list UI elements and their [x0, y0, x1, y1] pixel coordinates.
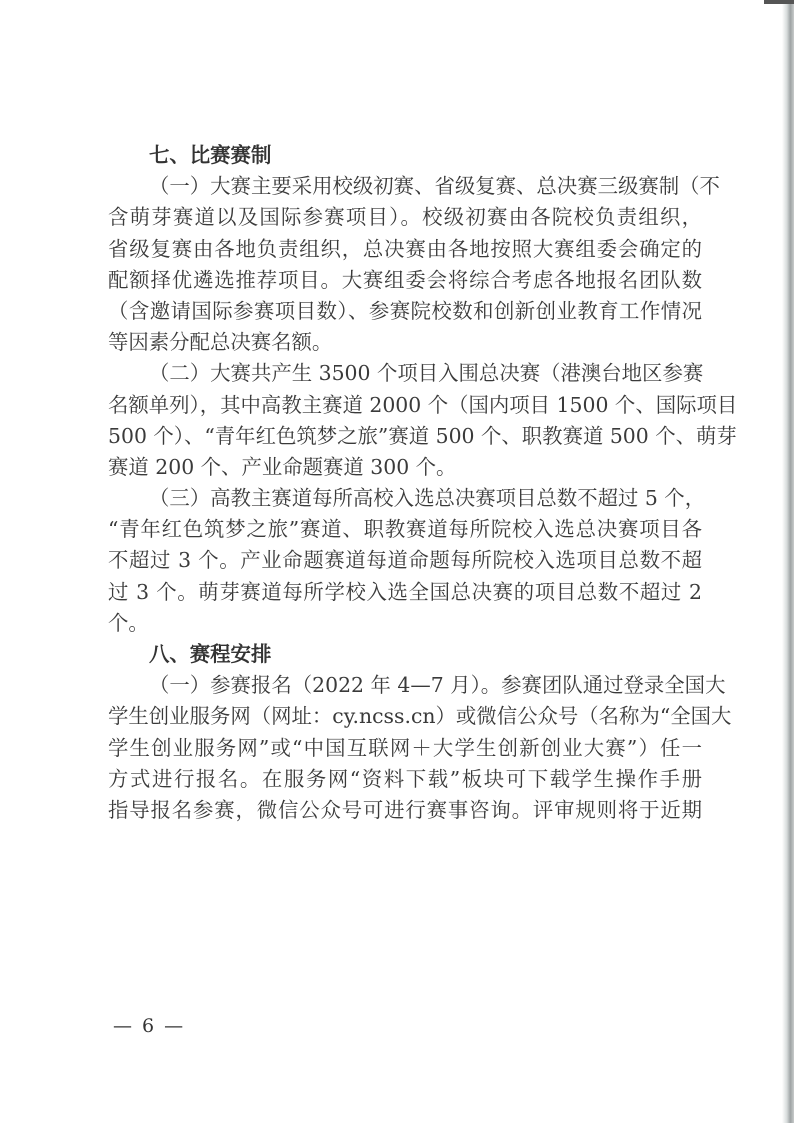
text-line: 指导报名参赛，微信公众号可进行赛事咨询。评审规则将于近期 [108, 795, 702, 826]
scan-page-edge [782, 0, 794, 1123]
scan-page-edge-top [764, 0, 794, 4]
paragraph-format-1: （一）大赛主要采用校级初赛、省级复赛、总决赛三级赛制（不 含萌芽赛道以及国际参赛… [108, 171, 702, 358]
text-line: （三）高教主赛道每所高校入选总决赛项目总数不超过 5 个， [108, 483, 702, 514]
text-line: 省级复赛由各地负责组织，总决赛由各地按照大赛组委会确定的 [108, 234, 702, 265]
text-line: 学生创业服务网”或“中国互联网＋大学生创新创业大赛”）任一 [108, 733, 702, 764]
text-line: 方式进行报名。在服务网“资料下载”板块可下载学生操作手册 [108, 764, 702, 795]
text-line: （二）大赛共产生 3500 个项目入围总决赛（港澳台地区参赛 [108, 358, 702, 389]
section-heading-schedule: 八、赛程安排 [108, 639, 702, 670]
section-heading-competition-format: 七、比赛赛制 [108, 140, 702, 171]
text-line: 含萌芽赛道以及国际参赛项目）。校级初赛由各院校负责组织， [108, 202, 702, 233]
paragraph-format-3: （三）高教主赛道每所高校入选总决赛项目总数不超过 5 个， “青年红色筑梦之旅”… [108, 483, 702, 639]
paragraph-format-2: （二）大赛共产生 3500 个项目入围总决赛（港澳台地区参赛 名额单列），其中高… [108, 358, 702, 483]
text-line: （一）参赛报名（2022 年 4—7 月）。参赛团队通过登录全国大 [108, 670, 702, 701]
text-line: 个。 [108, 608, 702, 639]
text-line: 名额单列），其中高教主赛道 2000 个（国内项目 1500 个、国际项目 [108, 390, 702, 421]
text-line: （一）大赛主要采用校级初赛、省级复赛、总决赛三级赛制（不 [108, 171, 702, 202]
text-line: 不超过 3 个。产业命题赛道每道命题每所院校入选项目总数不超 [108, 545, 702, 576]
text-line: （含邀请国际参赛项目数）、参赛院校数和创新创业教育工作情况 [108, 296, 702, 327]
text-line: “青年红色筑梦之旅”赛道、职教赛道每所院校入选总决赛项目各 [108, 514, 702, 545]
text-line: 赛道 200 个、产业命题赛道 300 个。 [108, 452, 702, 483]
text-line: 500 个）、“青年红色筑梦之旅”赛道 500 个、职教赛道 500 个、萌芽 [108, 421, 702, 452]
document-body: 七、比赛赛制 （一）大赛主要采用校级初赛、省级复赛、总决赛三级赛制（不 含萌芽赛… [108, 140, 702, 826]
text-line: 学生创业服务网（网址：cy.ncss.cn）或微信公众号（名称为“全国大 [108, 701, 702, 732]
paragraph-schedule-1: （一）参赛报名（2022 年 4—7 月）。参赛团队通过登录全国大 学生创业服务… [108, 670, 702, 826]
page-number: — 6 — [113, 1015, 185, 1037]
text-line: 过 3 个。萌芽赛道每所学校入选全国总决赛的项目总数不超过 2 [108, 577, 702, 608]
text-line: 等因素分配总决赛名额。 [108, 327, 702, 358]
text-line: 配额择优遴选推荐项目。大赛组委会将综合考虑各地报名团队数 [108, 265, 702, 296]
